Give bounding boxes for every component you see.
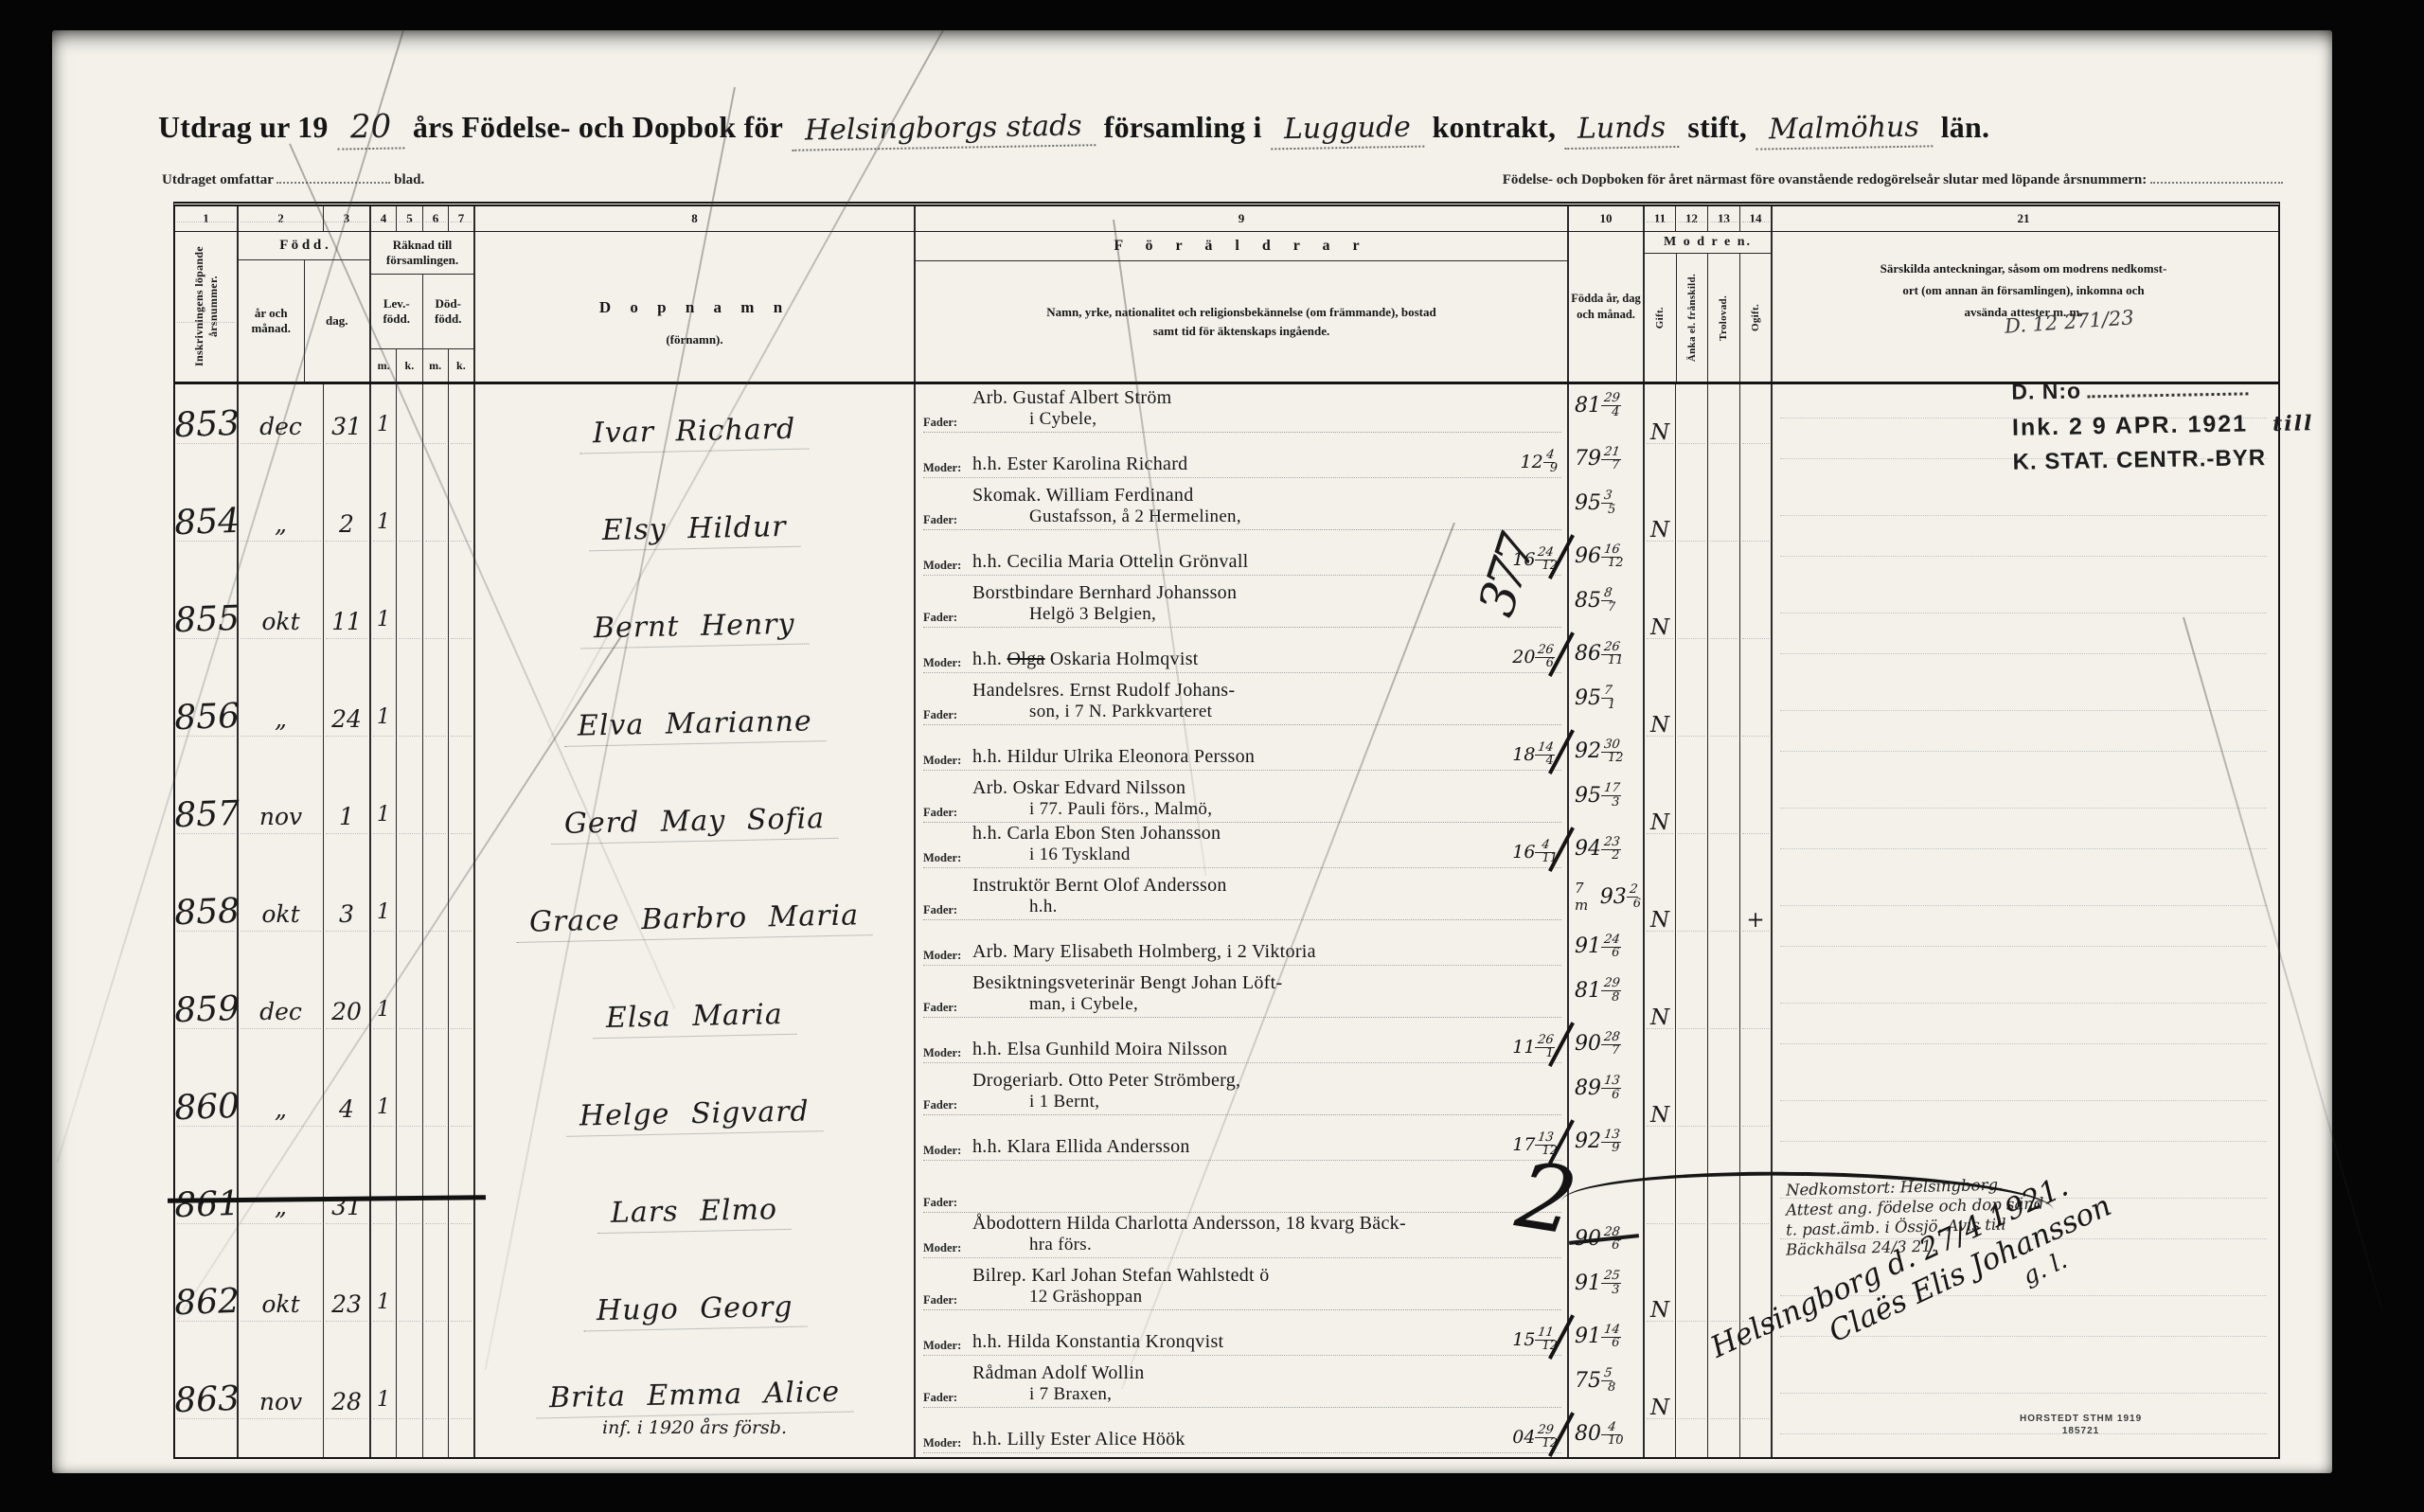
cell-ogift	[1740, 677, 1773, 774]
annotation-line	[1786, 1070, 2269, 1082]
title-after-parish: församling i	[1104, 110, 1262, 145]
baptism-name: Bernt Henry	[580, 607, 809, 649]
table-row: 863 nov 28 1 Brita Emma Alice inf. i 192…	[175, 1360, 2278, 1457]
cell-birth-day: 1	[324, 774, 371, 872]
mother-birthdate: 96 1612	[1575, 543, 1641, 570]
header-fodda: Födda år, dag och månad.	[1569, 232, 1645, 382]
entry-number: 856	[174, 697, 242, 775]
father-address: i Cybele,	[972, 409, 1561, 430]
cell-raknad-lev-k	[397, 1165, 423, 1262]
marriage-day: 11	[1535, 1326, 1557, 1341]
marriage-date: 04 2912	[1512, 1424, 1558, 1450]
cell-raknad-lev-k	[397, 677, 423, 774]
cell-raknad-lev-k	[397, 384, 423, 482]
cell-dopnamn: Helge Sigvard	[475, 1067, 916, 1165]
cell-anka	[1676, 482, 1708, 579]
mother-name: h.h. Carla Ebon Sten Johansson	[972, 823, 1221, 844]
father-birth-dayno: 13	[1601, 1075, 1623, 1089]
father-text: Drogeriarb. Otto Peter Strömberg, i 1 Be…	[972, 1070, 1561, 1112]
baptism-name: Ivar Richard	[579, 412, 810, 454]
col-number: 1	[175, 206, 239, 231]
cell-anteckningar	[1773, 482, 2274, 579]
cell-gift: N	[1645, 774, 1676, 872]
cell-raknad-lev-k	[397, 1067, 423, 1165]
mother-birth-dayno: 28	[1601, 1031, 1623, 1045]
cell-entry-number: 863	[175, 1360, 239, 1457]
father-text: Besiktningsveterinär Bengt Johan Löft- m…	[972, 972, 1561, 1015]
col-number: 12	[1676, 206, 1708, 231]
father-birthdate: 7 m 93 26	[1575, 880, 1641, 914]
cell-raknad-lev-m: 1	[371, 579, 397, 677]
cell-raknad-dod-k	[449, 1067, 475, 1165]
father-birthdate: 95 71	[1575, 685, 1641, 711]
annotation-line	[1786, 680, 2269, 692]
cell-raknad-dod-k	[449, 677, 475, 774]
cell-anka	[1676, 774, 1708, 872]
father-name: Arb. Oskar Edvard Nilsson	[972, 777, 1185, 798]
marriage-date: 12 49	[1521, 449, 1558, 475]
moder-label: Moder:	[923, 1046, 967, 1060]
father-line: Fader: Besiktningsveterinär Bengt Johan …	[923, 971, 1561, 1018]
cell-dopnamn: Hugo Georg	[475, 1262, 916, 1360]
birth-day: 11	[331, 608, 362, 677]
mother-line: Moder: h.h. Ester Karolina Richard 12 49	[923, 433, 1561, 479]
cell-entry-number: 859	[175, 969, 239, 1067]
cell-raknad-lev-m: 1	[371, 1262, 397, 1360]
cell-gift: N	[1645, 1262, 1676, 1360]
cell-birth-month: „	[239, 1165, 324, 1262]
father-line: Fader: Rådman Adolf Wollin i 7 Braxen,	[923, 1361, 1561, 1408]
header-arsnummer: Inskrivningens löpande årsnummer.	[175, 232, 239, 382]
gift-mark: N	[1650, 420, 1669, 482]
table-row: 858 okt 3 1 Grace Barbro Maria Fader: In…	[175, 872, 2278, 969]
receipt-stamp: D. N:o Ink. 2 9 APR. 1921till K. STAT. C…	[2011, 374, 2314, 476]
father-birth-year: 81	[1575, 979, 1601, 1003]
col-number: 4	[371, 206, 397, 231]
column-number-row: 1 2 3 4 5 6 7 8 9 10 11 12 13 14 21	[175, 206, 2278, 232]
cell-dopnamn: Brita Emma Alice inf. i 1920 års försb.	[475, 1360, 916, 1457]
mother-birth-year: 94	[1575, 837, 1601, 861]
moder-label: Moder:	[923, 1144, 967, 1158]
mother-birth-year: 80	[1575, 1422, 1601, 1446]
col-number: 7	[449, 206, 475, 231]
header-anka: Änka el. frånskild.	[1676, 254, 1708, 382]
cell-trolovad	[1708, 482, 1740, 579]
header-ogift: Ogift.	[1739, 254, 1772, 382]
father-name: Handelsres. Ernst Rudolf Johans-	[972, 680, 1235, 701]
fader-label: Fader:	[923, 611, 967, 625]
cell-anteckningar	[1773, 1067, 2274, 1165]
annotation-line	[1786, 972, 2269, 985]
father-text: Handelsres. Ernst Rudolf Johans- son, i …	[972, 680, 1561, 722]
annotation-line	[1786, 777, 2269, 790]
cell-dopnamn: Elsa Maria	[475, 969, 916, 1067]
annotation-line	[1786, 485, 2269, 497]
cell-raknad-dod-k	[449, 579, 475, 677]
moder-label: Moder:	[923, 1339, 967, 1353]
mother-line: Moder: Arb. Mary Elisabeth Holmberg, i 2…	[923, 920, 1561, 967]
mother-birth-monthno: 6	[1606, 1239, 1626, 1253]
cell-birth-month: nov	[239, 1360, 324, 1457]
table-row: 853 dec 31 1 Ivar Richard Fader: Arb. Gu…	[175, 384, 2278, 482]
birth-day: 31	[331, 413, 362, 482]
annotation-line	[1786, 582, 2269, 595]
mother-text: h.h. Hildur Ulrika Eleonora Persson	[972, 746, 1506, 768]
table-row: 855 okt 11 1 Bernt Henry Fader: Borstbin…	[175, 579, 2278, 677]
cell-raknad-dod-m	[423, 579, 449, 677]
cell-entry-number: 858	[175, 872, 239, 969]
header-fodd-label: F ö d d .	[239, 232, 369, 260]
cell-raknad-dod-k	[449, 969, 475, 1067]
title-parish-handwritten: Helsingborgs stads	[792, 109, 1096, 151]
father-address: Gustafsson, å 2 Hermelinen,	[972, 507, 1561, 527]
cell-parents: Fader: Instruktör Bernt Olof Andersson h…	[916, 872, 1569, 969]
annotation-line	[1786, 777, 2269, 790]
father-birth-year: 85	[1575, 589, 1601, 613]
cell-raknad-dod-m	[423, 384, 449, 482]
entry-number: 859	[174, 989, 242, 1068]
annotation-line	[1786, 875, 2269, 887]
father-birth-year: 95	[1575, 686, 1601, 710]
father-birth-monthno: 3	[1606, 1284, 1626, 1297]
raknad-mark: 1	[377, 413, 390, 482]
mother-name: h.h. Hildur Ulrika Eleonora Persson	[972, 746, 1255, 767]
cell-trolovad	[1708, 677, 1740, 774]
cell-raknad-lev-k	[397, 579, 423, 677]
annotation-line	[1786, 680, 2269, 692]
father-address: i 7 Braxen,	[972, 1384, 1561, 1405]
entry-number: 857	[174, 794, 242, 873]
marriage-year: 12	[1521, 452, 1543, 472]
mother-birth-monthno: 7	[1606, 1044, 1626, 1058]
cell-parent-birthdates: 91 253 91 146	[1569, 1262, 1645, 1360]
father-name: Skomak. William Ferdinand	[972, 485, 1194, 506]
mother-text: h.h. Klara Ellida Andersson	[972, 1136, 1506, 1158]
cell-raknad-dod-m	[423, 969, 449, 1067]
mother-text: Åbodottern Hilda Charlotta Andersson, 18…	[972, 1213, 1545, 1255]
mother-line: Moder: h.h. Cecilia Maria Ottelin Grönva…	[923, 530, 1561, 577]
father-line: Fader: Arb. Gustaf Albert Ström i Cybele…	[923, 386, 1561, 433]
cell-dopnamn: Elva Marianne	[475, 677, 916, 774]
moder-label: Moder:	[923, 559, 967, 573]
fader-label: Fader:	[923, 903, 967, 917]
birth-month: „	[275, 705, 287, 774]
cell-parents: Fader: Handelsres. Ernst Rudolf Johans- …	[916, 677, 1569, 774]
cell-parents: Fader: Skomak. William Ferdinand Gustafs…	[916, 482, 1569, 579]
header-k: k.	[448, 349, 473, 382]
cell-parents: Fader: Rådman Adolf Wollin i 7 Braxen, M…	[916, 1360, 1569, 1457]
birth-month: nov	[259, 803, 302, 872]
header-foraldrar-desc: Namn, yrke, nationalitet och religionsbe…	[1029, 299, 1453, 344]
annotation-line	[1786, 777, 2269, 790]
header-ar-och-manad: år och månad.	[239, 260, 304, 382]
cell-birth-day: 23	[324, 1262, 371, 1360]
table-row: 854 „ 2 1 Elsy Hildur Fader: Skomak. Wil…	[175, 482, 2278, 579]
subline: Utdraget omfattar blad. Födelse- och Dop…	[162, 170, 2283, 188]
header-fodda-label: Födda år, dag och månad.	[1569, 289, 1643, 326]
header-fodd-group: F ö d d . år och månad. dag.	[239, 232, 371, 382]
father-line: Fader: Arb. Oskar Edvard Nilsson i 77. P…	[923, 776, 1561, 823]
mother-text: h.h. Lilly Ester Alice Höök	[972, 1429, 1506, 1450]
cell-raknad-lev-m: 1	[371, 677, 397, 774]
marriage-month: 9	[1548, 462, 1560, 475]
col-number: 3	[324, 206, 371, 231]
col-number: 10	[1569, 206, 1645, 231]
cell-birth-day: 20	[324, 969, 371, 1067]
cell-raknad-lev-k	[397, 1262, 423, 1360]
cell-raknad-lev-k	[397, 872, 423, 969]
father-line: Fader: Skomak. William Ferdinand Gustafs…	[923, 484, 1561, 530]
cell-gift: N	[1645, 482, 1676, 579]
printer-mark: HORSTEDT STHM 1919 185721	[2020, 1413, 2142, 1437]
cell-dopnamn: Elsy Hildur	[475, 482, 916, 579]
cell-parents: Fader: Moder: Åbodottern Hilda Charlotta…	[916, 1165, 1569, 1262]
mother-birthdate: 91 246	[1575, 934, 1641, 960]
cell-ogift	[1740, 384, 1773, 482]
col-number: 2	[239, 206, 324, 231]
cell-raknad-dod-k	[449, 1262, 475, 1360]
fader-label: Fader:	[923, 1098, 967, 1112]
mother-line: Moder: h.h. Carla Ebon Sten Johansson i …	[923, 823, 1561, 869]
marriage-day: 4	[1535, 839, 1557, 853]
ogift-mark: +	[1746, 908, 1764, 969]
baptism-name: Hugo Georg	[582, 1290, 806, 1332]
header-foraldrar: F ö r ä l d r a r Namn, yrke, nationalit…	[916, 232, 1569, 382]
mother-birth-dayno: 21	[1601, 446, 1623, 460]
cell-trolovad	[1708, 1067, 1740, 1165]
raknad-mark: 1	[377, 900, 390, 969]
entry-number: 860	[174, 1087, 242, 1165]
mother-text: h.h. Ester Karolina Richard	[972, 454, 1515, 475]
cell-entry-number: 853	[175, 384, 239, 482]
title-after-county: län.	[1941, 110, 1990, 145]
annotation-line	[1786, 875, 2269, 887]
father-birth-monthno: 8	[1606, 1381, 1617, 1395]
annotation-line	[1786, 582, 2269, 595]
header-dod-fodd: Död- född.	[422, 275, 474, 348]
father-name: Bilrep. Karl Johan Stefan Wahlstedt ö	[972, 1265, 1270, 1286]
header-modren-group: M o d r e n. Gift. Änka el. frånskild. T…	[1645, 232, 1773, 382]
header-foraldrar-label: F ö r ä l d r a r	[916, 232, 1567, 261]
header-raknad-group: Räknad till församlingen. Lev.- född. Dö…	[371, 232, 475, 382]
father-line: Fader: Instruktör Bernt Olof Andersson h…	[923, 874, 1561, 920]
birth-day: 24	[331, 705, 362, 774]
cell-dopnamn: Grace Barbro Maria	[475, 872, 916, 969]
cell-parent-birthdates: 95 173 94 232	[1569, 774, 1645, 872]
cell-ogift: +	[1740, 872, 1773, 969]
cell-parents: Fader: Bilrep. Karl Johan Stefan Wahlste…	[916, 1262, 1569, 1360]
cell-anka	[1676, 579, 1708, 677]
mother-text: h.h. Hilda Konstantia Kronqvist	[972, 1331, 1506, 1353]
mother-name: h.h. Klara Ellida Andersson	[972, 1136, 1190, 1157]
table-row: 860 „ 4 1 Helge Sigvard Fader: Drogeriar…	[175, 1067, 2278, 1165]
cell-raknad-dod-k	[449, 384, 475, 482]
header-lev-fodd: Lev.- född.	[371, 275, 422, 348]
father-birth-dayno: 25	[1601, 1270, 1623, 1284]
father-name: Borstbindare Bernhard Johansson	[972, 582, 1237, 603]
header-dopnamn-label: D o p n a m n	[599, 298, 790, 317]
table-row: 857 nov 1 1 Gerd May Sofia Fader: Arb. O…	[175, 774, 2278, 872]
father-birthdate: 81 298	[1575, 977, 1641, 1004]
father-birthdate: 89 136	[1575, 1075, 1641, 1101]
cell-entry-number: 854	[175, 482, 239, 579]
gift-mark: N	[1650, 713, 1669, 774]
col-number: 9	[916, 206, 1569, 231]
mother-text: Arb. Mary Elisabeth Holmberg, i 2 Viktor…	[972, 941, 1545, 963]
cell-raknad-lev-m: 1	[371, 384, 397, 482]
col-number: 21	[1773, 206, 2274, 231]
cell-raknad-lev-m: 1	[371, 872, 397, 969]
header-arsnummer-label: Inskrivningens löpande årsnummer.	[192, 232, 221, 382]
baptism-name: Brita Emma Alice	[536, 1375, 854, 1418]
fader-label: Fader:	[923, 1196, 967, 1210]
mother-text: h.h. Elsa Gunhild Moira Nilsson	[972, 1039, 1506, 1060]
father-text: Arb. Gustaf Albert Ström i Cybele,	[972, 387, 1561, 430]
cell-gift: N	[1645, 1360, 1676, 1457]
cell-parent-birthdates: 95 71 92 3012	[1569, 677, 1645, 774]
father-birth-dayno: 7	[1601, 685, 1614, 699]
father-name: Arb. Gustaf Albert Ström	[972, 387, 1172, 408]
fader-label: Fader:	[923, 1001, 967, 1015]
birth-month: dec	[259, 998, 302, 1067]
birth-month: okt	[261, 1290, 299, 1360]
scan-background: Utdrag ur 1920års Födelse- och Dopbok fö…	[0, 0, 2424, 1512]
marriage-date: 16 411	[1512, 839, 1558, 865]
father-birthdate: 81 294	[1575, 392, 1641, 418]
cell-ogift	[1740, 482, 1773, 579]
annotation-line	[1786, 485, 2269, 497]
col-number: 11	[1645, 206, 1676, 231]
header-dopnamn: D o p n a m n (förnamn).	[475, 232, 916, 382]
father-birth-year: 95	[1575, 491, 1601, 515]
annotation-line	[1786, 1070, 2269, 1082]
cell-trolovad	[1708, 579, 1740, 677]
subline-right: Födelse- och Dopboken för året närmast f…	[1503, 170, 2283, 188]
baptism-name: Gerd May Sofia	[551, 802, 839, 845]
mother-birth-year: 96	[1575, 544, 1601, 568]
header-dag: dag.	[304, 260, 370, 382]
mother-name: h.h. Hilda Konstantia Kronqvist	[972, 1331, 1223, 1352]
printer-mark-line2: 185721	[2020, 1425, 2142, 1437]
document-title: Utdrag ur 1920års Födelse- och Dopbok fö…	[158, 108, 1989, 150]
father-birth-monthno: 7	[1606, 601, 1617, 614]
mother-birth-monthno: 12	[1606, 557, 1626, 570]
father-birthdate: 75 58	[1575, 1367, 1641, 1394]
cell-parent-birthdates: 81 298 90 287	[1569, 969, 1645, 1067]
father-text: Arb. Oskar Edvard Nilsson i 77. Pauli fö…	[972, 777, 1561, 820]
mother-birth-monthno: 12	[1606, 752, 1626, 765]
annotation-line	[1786, 680, 2269, 692]
father-birth-monthno: 1	[1606, 699, 1617, 712]
father-birthdate: 95 35	[1575, 489, 1641, 516]
subline-right-text: Födelse- och Dopboken för året närmast f…	[1503, 172, 2148, 187]
mother-name: Åbodottern Hilda Charlotta Andersson, 18…	[972, 1213, 1406, 1234]
father-line: Fader: Drogeriarb. Otto Peter Strömberg,…	[923, 1069, 1561, 1115]
father-text: Skomak. William Ferdinand Gustafsson, å …	[972, 485, 1561, 527]
fader-label: Fader:	[923, 806, 967, 820]
birth-month: nov	[259, 1388, 302, 1457]
mother-birth-dayno: 14	[1601, 1324, 1623, 1338]
cell-gift: N	[1645, 384, 1676, 482]
annotation-line	[1786, 875, 2269, 887]
marriage-date: 11 261	[1512, 1034, 1558, 1060]
raknad-mark: 1	[377, 1388, 390, 1457]
mother-birth-dayno: 16	[1601, 543, 1623, 558]
father-line: Fader: Borstbindare Bernhard Johansson H…	[923, 581, 1561, 628]
cell-parents: Fader: Arb. Gustaf Albert Ström i Cybele…	[916, 384, 1569, 482]
father-birth-monthno: 6	[1606, 1089, 1626, 1102]
father-line: Fader:	[923, 1166, 1561, 1213]
cell-birth-day: 24	[324, 677, 371, 774]
mother-birth-dayno: 13	[1601, 1129, 1623, 1143]
cell-raknad-dod-k	[449, 482, 475, 579]
mother-name-struck: Olga	[1007, 649, 1045, 669]
father-line: Fader: Handelsres. Ernst Rudolf Johans- …	[923, 679, 1561, 725]
header-trolovad-label: Trolovad.	[1718, 295, 1729, 341]
mother-name-rest: Oskaria Holmqvist	[1045, 649, 1199, 669]
cell-birth-month: nov	[239, 774, 324, 872]
father-name: Drogeriarb. Otto Peter Strömberg,	[972, 1070, 1240, 1091]
annotation-line	[1786, 972, 2269, 985]
cell-parents: Fader: Besiktningsveterinär Bengt Johan …	[916, 969, 1569, 1067]
moder-label: Moder:	[923, 1241, 967, 1255]
header-raknad-label: Räknad till församlingen.	[371, 232, 473, 275]
cell-parent-birthdates: 85 87 86 2611	[1569, 579, 1645, 677]
birth-day: 4	[339, 1095, 354, 1165]
father-name: Rådman Adolf Wollin	[972, 1362, 1145, 1383]
cell-birth-day: 3	[324, 872, 371, 969]
mother-birth-monthno: 2	[1606, 849, 1626, 863]
birth-month: „	[275, 510, 287, 579]
father-birth-dayno: 5	[1601, 1367, 1614, 1381]
moder-label: Moder:	[923, 949, 967, 963]
header-k: k.	[396, 349, 421, 382]
mother-birth-year: 92	[1575, 739, 1601, 763]
cell-anka	[1676, 1262, 1708, 1360]
cell-raknad-dod-m	[423, 1165, 449, 1262]
marriage-day: 26	[1535, 1034, 1557, 1048]
raknad-mark: 1	[377, 608, 390, 677]
birth-month: okt	[261, 900, 299, 969]
birth-day: 3	[339, 900, 354, 969]
moder-label: Moder:	[923, 851, 967, 865]
cell-entry-number: 856	[175, 677, 239, 774]
cell-dopnamn: Gerd May Sofia	[475, 774, 916, 872]
entry-number: 863	[174, 1379, 242, 1458]
marriage-year: 20	[1512, 647, 1535, 667]
mother-name: h.h. Elsa Gunhild Moira Nilsson	[972, 1039, 1227, 1059]
col-number: 5	[397, 206, 423, 231]
birth-month: „	[275, 1193, 287, 1262]
fader-label: Fader:	[923, 513, 967, 527]
birth-day: 2	[339, 510, 354, 579]
entry-number: 854	[174, 502, 242, 580]
father-birth-year: 75	[1575, 1369, 1601, 1393]
mother-birth-year: 86	[1575, 642, 1601, 666]
cell-raknad-lev-m: 1	[371, 1360, 397, 1457]
entry-number: 862	[174, 1282, 242, 1361]
cell-anka	[1676, 969, 1708, 1067]
sarskilda-line1: Särskilda anteckningar, såsom om modrens…	[1880, 261, 2167, 276]
annotation-line	[1786, 582, 2269, 595]
cell-entry-number: 857	[175, 774, 239, 872]
marriage-date: 15 1112	[1512, 1326, 1558, 1353]
col-number: 14	[1740, 206, 1773, 231]
father-address: i 1 Bernt,	[972, 1092, 1561, 1112]
cell-parent-birthdates: 75 58 80 410	[1569, 1360, 1645, 1457]
father-text: Instruktör Bernt Olof Andersson h.h.	[972, 875, 1561, 917]
cell-raknad-dod-m	[423, 677, 449, 774]
